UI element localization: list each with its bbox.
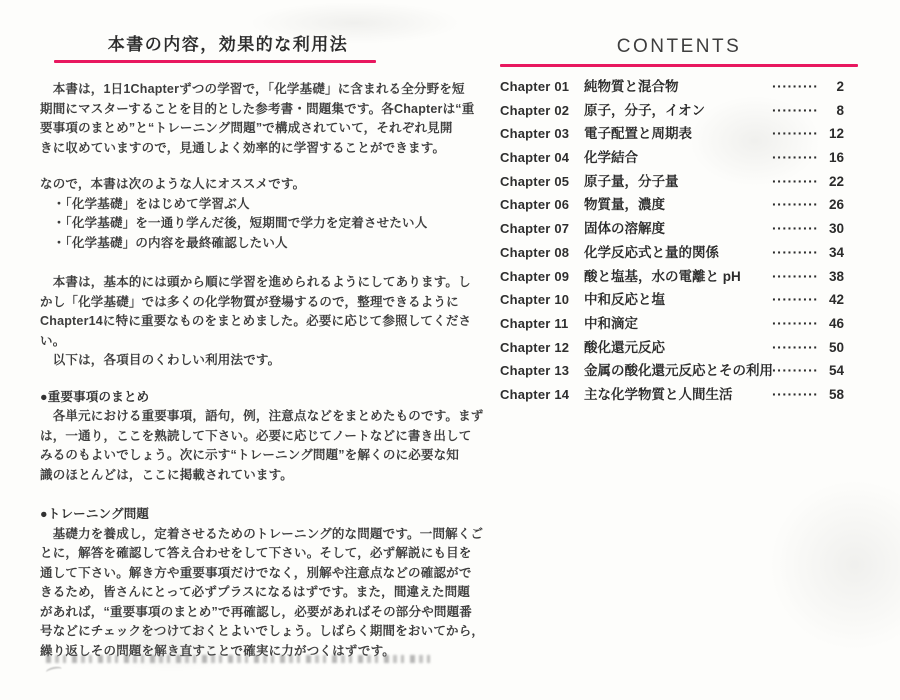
page-number: 12 <box>820 126 844 141</box>
section-body: 基礎力を養成し，定着させるためのトレーニング的な問題です。一問解くごとに，解答を… <box>40 525 466 662</box>
section-body: 各単元における重要事項，語句，例，注意点などをまとめたものです。まずは，一通り，… <box>40 407 466 485</box>
chapter-title: 化学結合 <box>584 146 772 166</box>
text-line: ・「化学基礎」の内容を最終確認したい人 <box>40 234 466 254</box>
scan-smudge <box>770 480 900 650</box>
page-number: 50 <box>820 340 844 355</box>
dot-leader: ········· <box>772 220 820 236</box>
toc-row: Chapter 01 純物質と混合物 ········· 2 <box>500 75 858 99</box>
text-line: 各単元における重要事項，語句，例，注意点などをまとめたものです。まず <box>40 407 466 427</box>
toc-row: Chapter 04 化学結合 ········· 16 <box>500 146 858 170</box>
text-line: Chapter14に特に重要なものをまとめました。必要に応じて参照してくださ <box>40 312 466 332</box>
text-line: 号などにチェックをつけておくとよいでしょう。しばらく期間をおいてから， <box>40 622 466 642</box>
chapter-label: Chapter 10 <box>500 292 584 307</box>
toc-row: Chapter 03 電子配置と周期表 ········· 12 <box>500 122 858 146</box>
toc-row: Chapter 13 金属の酸化還元反応とその利用 ········· 54 <box>500 359 858 383</box>
contents-title: CONTENTS <box>500 36 858 58</box>
toc-row: Chapter 12 酸化還元反応 ········· 50 <box>500 336 858 360</box>
chapter-label: Chapter 12 <box>500 340 584 355</box>
chapter-title: 電子配置と周期表 <box>584 122 772 142</box>
page-number: 26 <box>820 197 844 212</box>
chapter-label: Chapter 03 <box>500 126 584 141</box>
audience-paragraph: なので，本書は次のような人にオススメです。 ・「化学基礎」をはじめて学習ぶ人 ・… <box>40 175 466 253</box>
section-training: ●トレーニング問題 基礎力を養成し，定着させるためのトレーニング的な問題です。一… <box>40 505 466 661</box>
table-of-contents: Chapter 01 純物質と混合物 ········· 2 Chapter 0… <box>500 75 858 407</box>
chapter-title: 主な化学物質と人間生活 <box>584 383 772 403</box>
text-line: 以下は，各項目のくわしい利用法です。 <box>40 351 466 371</box>
print-artifact-curl <box>45 665 62 675</box>
page-number: 46 <box>820 316 844 331</box>
dot-leader: ········· <box>772 339 820 355</box>
page-number: 16 <box>820 150 844 165</box>
toc-row: Chapter 06 物質量，濃度 ········· 26 <box>500 193 858 217</box>
text-line: があれば，“重要事項のまとめ”で再確認し，必要があればその部分や問題番 <box>40 603 466 623</box>
toc-row: Chapter 05 原子量，分子量 ········· 22 <box>500 170 858 194</box>
page-number: 22 <box>820 174 844 189</box>
dot-leader: ········· <box>772 125 820 141</box>
intro-paragraph: 本書は，1日1Chapterずつの学習で，「化学基礎」に含まれる全分野を短期間に… <box>40 80 466 158</box>
dot-leader: ········· <box>772 173 820 189</box>
text-line: かし「化学基礎」では多くの化学物質が登場するので，整理できるように <box>40 293 466 313</box>
dot-leader: ········· <box>772 196 820 212</box>
chapter-title: 酸化還元反応 <box>584 336 772 356</box>
toc-row: Chapter 02 原子，分子，イオン ········· 8 <box>500 99 858 123</box>
chapter-label: Chapter 14 <box>500 387 584 402</box>
section-summary: ●重要事項のまとめ 各単元における重要事項，語句，例，注意点などをまとめたもので… <box>40 388 466 486</box>
page-number: 2 <box>820 79 844 94</box>
text-line: とに，解答を確認して答え合わせをして下さい。そして，必ず解説にも目を <box>40 544 466 564</box>
chapter-title: 酸と塩基，水の電離と pH <box>584 265 772 285</box>
chapter-label: Chapter 05 <box>500 174 584 189</box>
chapter-title: 金属の酸化還元反応とその利用 <box>584 359 772 379</box>
chapter-label: Chapter 06 <box>500 197 584 212</box>
text-line: い。 <box>40 332 466 352</box>
chapter-label: Chapter 09 <box>500 269 584 284</box>
page-number: 42 <box>820 292 844 307</box>
chapter-label: Chapter 02 <box>500 103 584 118</box>
chapter-label: Chapter 07 <box>500 221 584 236</box>
toc-row: Chapter 11 中和滴定 ········· 46 <box>500 312 858 336</box>
chapter-title: 固体の溶解度 <box>584 217 772 237</box>
contents-underline <box>500 64 858 67</box>
left-page: 本書の内容，効果的な利用法 本書は，1日1Chapterずつの学習で，「化学基礎… <box>40 30 466 661</box>
chapter-title: 原子，分子，イオン <box>584 99 772 119</box>
dot-leader: ········· <box>772 244 820 260</box>
text-line: 本書は，基本的には頭から順に学習を進められるようにしてあります。し <box>40 273 466 293</box>
text-line: きに収めていますので，見通しよく効率的に学習することができます。 <box>40 139 466 159</box>
dot-leader: ········· <box>772 386 820 402</box>
text-line: きるため，皆さんにとって必ずプラスになるはずです。また，間違えた問題 <box>40 583 466 603</box>
chapter-title: 物質量，濃度 <box>584 193 772 213</box>
section-heading: ●重要事項のまとめ <box>40 388 466 408</box>
chapter-title: 中和反応と塩 <box>584 288 772 308</box>
page-number: 8 <box>820 103 844 118</box>
dot-leader: ········· <box>772 78 820 94</box>
print-artifact <box>46 655 434 663</box>
text-line: なので，本書は次のような人にオススメです。 <box>40 175 466 195</box>
text-line: 基礎力を養成し，定着させるためのトレーニング的な問題です。一問解くご <box>40 525 466 545</box>
page-number: 38 <box>820 269 844 284</box>
dot-leader: ········· <box>772 268 820 284</box>
text-line: は，一通り，ここを熟読して下さい。必要に応じてノートなどに書き出して <box>40 427 466 447</box>
section-heading: ●トレーニング問題 <box>40 505 466 525</box>
page-title: 本書の内容，効果的な利用法 <box>54 30 376 55</box>
dot-leader: ········· <box>772 362 820 378</box>
text-line: 本書は，1日1Chapterずつの学習で，「化学基礎」に含まれる全分野を短 <box>40 80 466 100</box>
text-line: ・「化学基礎」を一通り学んだ後，短期間で学力を定着させたい人 <box>40 214 466 234</box>
toc-row: Chapter 14 主な化学物質と人間生活 ········· 58 <box>500 383 858 407</box>
page-number: 58 <box>820 387 844 402</box>
chapter-label: Chapter 11 <box>500 316 584 331</box>
toc-row: Chapter 08 化学反応式と量的関係 ········· 34 <box>500 241 858 265</box>
right-page: CONTENTS Chapter 01 純物質と混合物 ········· 2 … <box>500 36 858 407</box>
text-line: ・「化学基礎」をはじめて学習ぶ人 <box>40 195 466 215</box>
dot-leader: ········· <box>772 149 820 165</box>
text-line: 通して下さい。解き方や重要事項だけでなく，別解や注意点などの確認がで <box>40 564 466 584</box>
dot-leader: ········· <box>772 102 820 118</box>
dot-leader: ········· <box>772 291 820 307</box>
book-spread: 本書の内容，効果的な利用法 本書は，1日1Chapterずつの学習で，「化学基礎… <box>0 0 900 700</box>
left-page-header: 本書の内容，効果的な利用法 <box>54 30 376 63</box>
chapter-label: Chapter 08 <box>500 245 584 260</box>
toc-row: Chapter 09 酸と塩基，水の電離と pH ········· 38 <box>500 265 858 289</box>
chapter-label: Chapter 13 <box>500 363 584 378</box>
usage-paragraph: 本書は，基本的には頭から順に学習を進められるようにしてあります。しかし「化学基礎… <box>40 273 466 371</box>
text-line: 識のほとんどは，ここに掲載されています。 <box>40 466 466 486</box>
text-line: 期間にマスターすることを目的とした参考書・問題集です。各Chapterは“重 <box>40 100 466 120</box>
page-number: 54 <box>820 363 844 378</box>
page-number: 34 <box>820 245 844 260</box>
text-line: みるのもよいでしょう。次に示す“トレーニング問題”を解くのに必要な知 <box>40 446 466 466</box>
dot-leader: ········· <box>772 315 820 331</box>
text-line: 要事項のまとめ”と“トレーニング問題”で構成されていて，それぞれ見開 <box>40 119 466 139</box>
page-number: 30 <box>820 221 844 236</box>
toc-row: Chapter 10 中和反応と塩 ········· 42 <box>500 288 858 312</box>
chapter-label: Chapter 01 <box>500 79 584 94</box>
title-underline <box>54 60 376 63</box>
chapter-title: 純物質と混合物 <box>584 75 772 95</box>
chapter-title: 化学反応式と量的関係 <box>584 241 772 261</box>
chapter-label: Chapter 04 <box>500 150 584 165</box>
chapter-title: 原子量，分子量 <box>584 170 772 190</box>
chapter-title: 中和滴定 <box>584 312 772 332</box>
toc-row: Chapter 07 固体の溶解度 ········· 30 <box>500 217 858 241</box>
